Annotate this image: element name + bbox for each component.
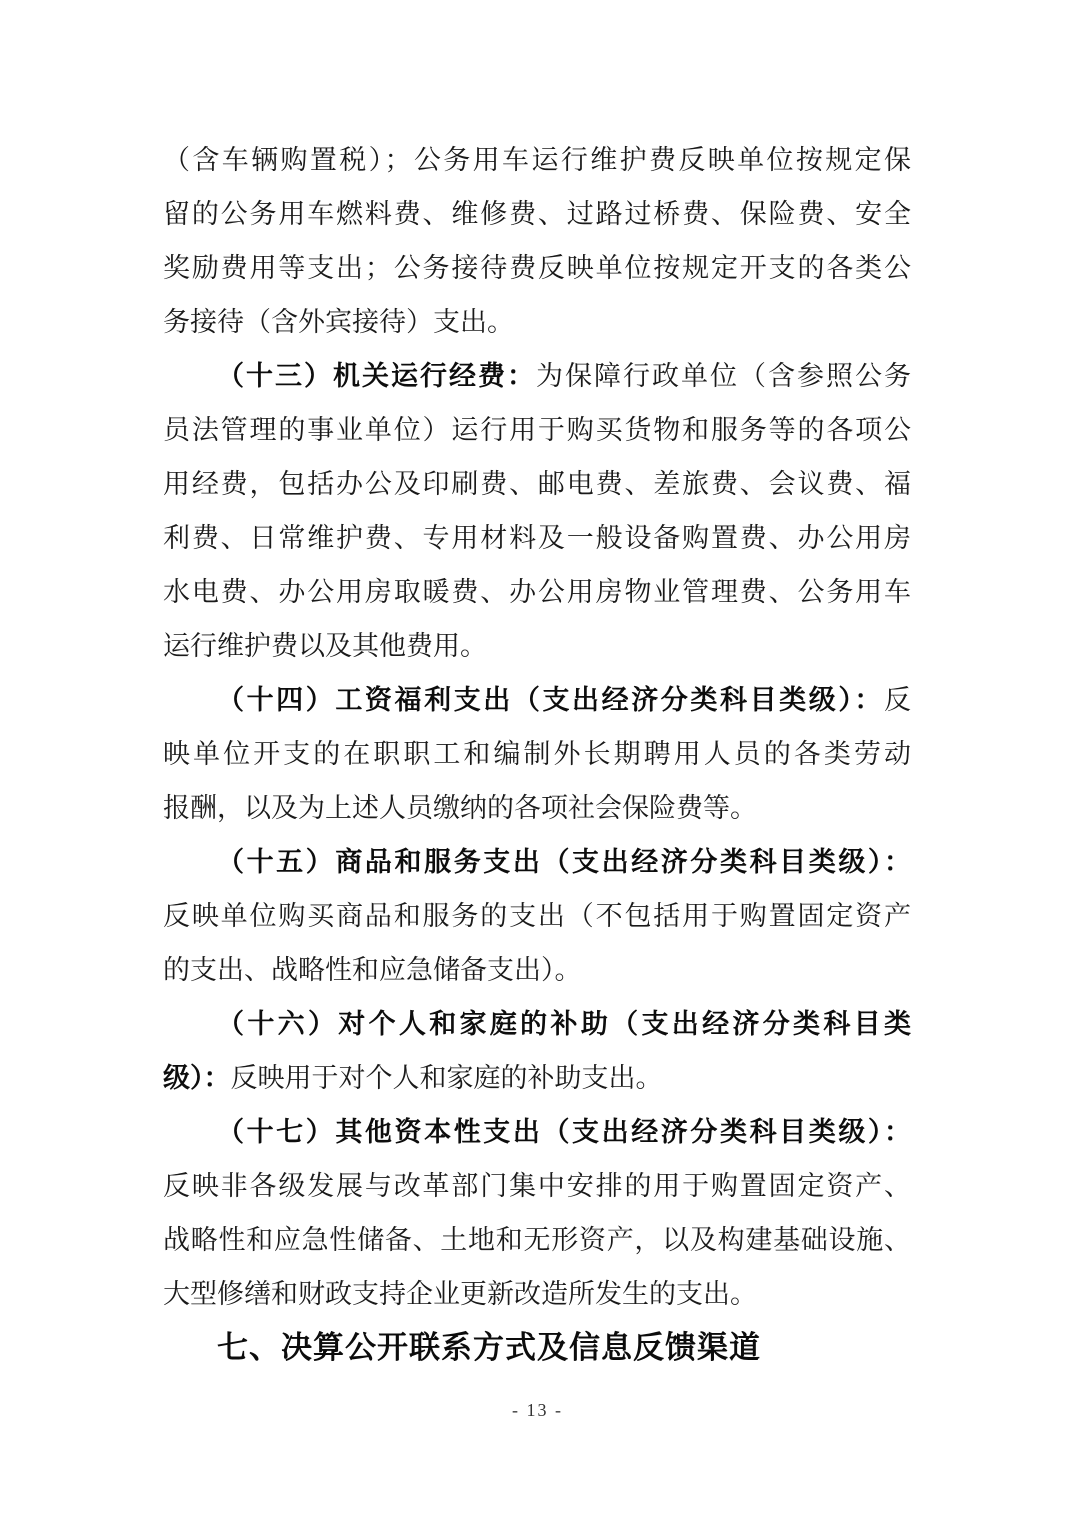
text-run: 员法管理的事业单位）运行用于购买货物和服务等的各项公 [163,415,911,445]
text-line: 务接待（含外宾接待）支出。 [163,295,911,349]
text-run: 的支出、战略性和应急储备支出）。 [163,955,582,985]
text-line: （含车辆购置税）；公务用车运行维护费反映单位按规定保 [163,133,911,187]
text-line: 的支出、战略性和应急储备支出）。 [163,943,911,997]
text-run: 战略性和应急性储备、土地和无形资产，以及构建基础设施、 [163,1225,911,1255]
text-line: （十三）机关运行经费：为保障行政单位（含参照公务 [163,349,911,403]
section-heading: 七、决算公开联系方式及信息反馈渠道 [217,1321,911,1375]
text-run: 水电费、办公用房取暖费、办公用房物业管理费、公务用车 [163,577,911,607]
page-number: - 13 - [0,1400,1075,1421]
text-line: （十七）其他资本性支出（支出经济分类科目类级）： [163,1105,911,1159]
text-line: 利费、日常维护费、专用材料及一般设备购置费、办公用房 [163,511,911,565]
bold-run: （十七）其他资本性支出（支出经济分类科目类级）： [217,1117,911,1147]
text-line: 映单位开支的在职职工和编制外长期聘用人员的各类劳动 [163,727,911,781]
text-run: 反映单位购买商品和服务的支出（不包括用于购置固定资产 [163,901,911,931]
text-run: 反 [884,685,911,715]
text-run: 用经费，包括办公及印刷费、邮电费、差旅费、会议费、福 [163,469,911,499]
text-run: 反映非各级发展与改革部门集中安排的用于购置固定资产、 [163,1171,911,1201]
text-line: 用经费，包括办公及印刷费、邮电费、差旅费、会议费、福 [163,457,911,511]
text-run: 大型修缮和财政支持企业更新改造所发生的支出。 [163,1279,757,1309]
text-run: 运行维护费以及其他费用。 [163,631,487,661]
bold-run: 级）： [163,1063,231,1093]
text-run: 反映用于对个人和家庭的补助支出。 [231,1063,663,1093]
text-body: （含车辆购置税）；公务用车运行维护费反映单位按规定保留的公务用车燃料费、维修费、… [163,133,911,1375]
text-line: 级）：反映用于对个人和家庭的补助支出。 [163,1051,911,1105]
text-run: 报酬，以及为上述人员缴纳的各项社会保险费等。 [163,793,757,823]
text-line: 战略性和应急性储备、土地和无形资产，以及构建基础设施、 [163,1213,911,1267]
text-run: 留的公务用车燃料费、维修费、过路过桥费、保险费、安全 [163,199,911,229]
text-line: （十六）对个人和家庭的补助（支出经济分类科目类 [163,997,911,1051]
text-line: 反映单位购买商品和服务的支出（不包括用于购置固定资产 [163,889,911,943]
text-line: （十四）工资福利支出（支出经济分类科目类级）：反 [163,673,911,727]
bold-run: （十六）对个人和家庭的补助（支出经济分类科目类 [217,1009,911,1039]
text-line: 员法管理的事业单位）运行用于购买货物和服务等的各项公 [163,403,911,457]
text-run: （含车辆购置税）；公务用车运行维护费反映单位按规定保 [163,145,911,175]
text-line: 奖励费用等支出；公务接待费反映单位按规定开支的各类公 [163,241,911,295]
text-run: 务接待（含外宾接待）支出。 [163,307,514,337]
document-page: （含车辆购置税）；公务用车运行维护费反映单位按规定保留的公务用车燃料费、维修费、… [0,0,1075,1520]
lines-container: （含车辆购置税）；公务用车运行维护费反映单位按规定保留的公务用车燃料费、维修费、… [163,133,911,1321]
bold-run: （十三）机关运行经费： [217,361,536,391]
text-line: 水电费、办公用房取暖费、办公用房物业管理费、公务用车 [163,565,911,619]
text-run: 为保障行政单位（含参照公务 [536,361,911,391]
text-line: 大型修缮和财政支持企业更新改造所发生的支出。 [163,1267,911,1321]
text-line: 留的公务用车燃料费、维修费、过路过桥费、保险费、安全 [163,187,911,241]
text-line: 报酬，以及为上述人员缴纳的各项社会保险费等。 [163,781,911,835]
text-run: 映单位开支的在职职工和编制外长期聘用人员的各类劳动 [163,739,911,769]
bold-run: （十五）商品和服务支出（支出经济分类科目类级）： [217,847,911,877]
bold-run: （十四）工资福利支出（支出经济分类科目类级）： [217,685,884,715]
text-line: 反映非各级发展与改革部门集中安排的用于购置固定资产、 [163,1159,911,1213]
text-run: 利费、日常维护费、专用材料及一般设备购置费、办公用房 [163,523,911,553]
text-line: （十五）商品和服务支出（支出经济分类科目类级）： [163,835,911,889]
text-line: 运行维护费以及其他费用。 [163,619,911,673]
text-run: 奖励费用等支出；公务接待费反映单位按规定开支的各类公 [163,253,911,283]
